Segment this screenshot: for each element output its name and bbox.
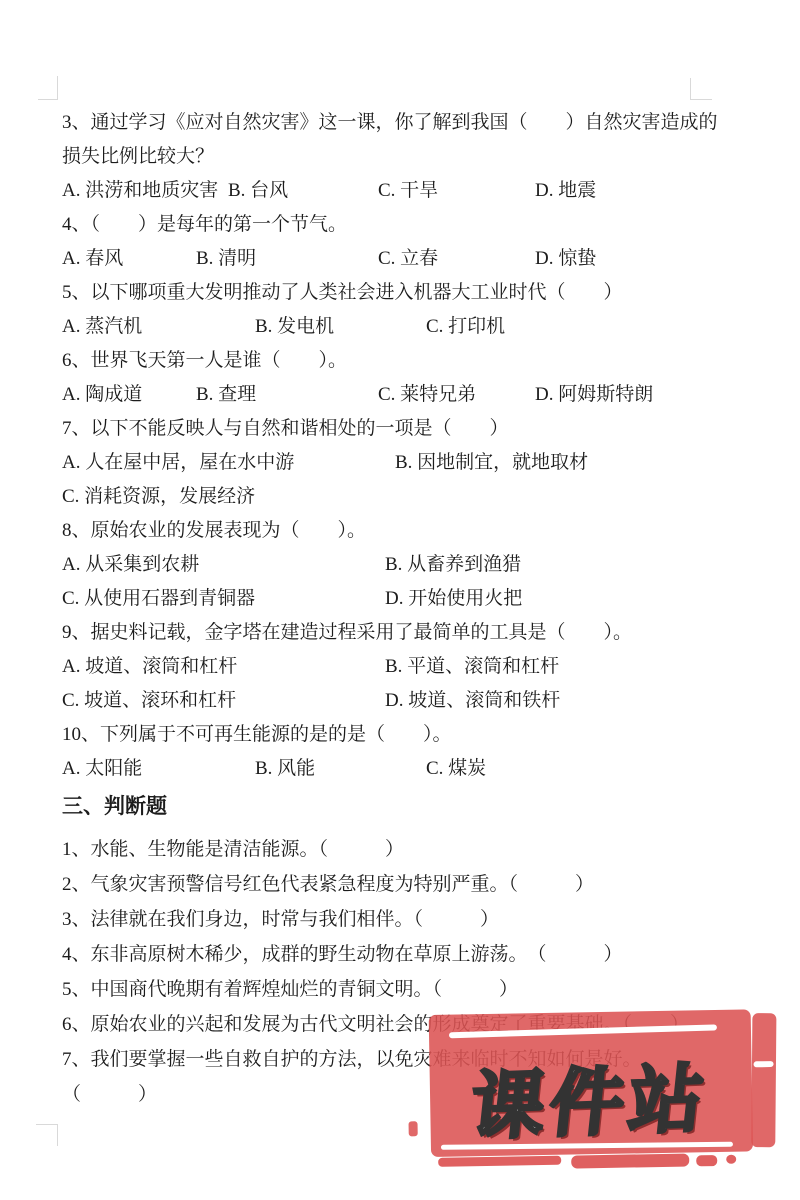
question-text: 6、世界飞天第一人是谁（ ）。	[62, 344, 347, 378]
option-c: C. 从使用石器到青铜器	[62, 582, 255, 616]
option-c: C. 立春	[378, 242, 438, 276]
option-c: C. 干旱	[378, 174, 438, 208]
question-9-options-row1: A. 坡道、滚筒和杠杆 B. 平道、滚筒和杠杆	[62, 650, 738, 684]
crop-mark-top-left-h	[38, 99, 58, 100]
crop-mark-top-right-h	[690, 99, 712, 100]
option-c: C. 坡道、滚环和杠杆	[62, 684, 236, 718]
question-3-line2: 损失比例比较大？	[62, 140, 738, 174]
stamp-bottom-dash	[438, 1156, 561, 1167]
judgment-4: 4、东非高原树木稀少，成群的野生动物在草原上游荡。 （ ）	[62, 937, 738, 972]
question-text: 8、原始农业的发展表现为（ ）。	[62, 514, 366, 548]
question-text: 9、据史料记载，金字塔在建造过程采用了最简单的工具是（ ）。	[62, 616, 632, 650]
option-a: A. 人在屋中居，屋在水中游	[62, 446, 294, 480]
option-d: D. 惊蛰	[535, 242, 596, 276]
question-text: 10、下列属于不可再生能源的是的是（ ）。	[62, 718, 452, 752]
stamp-left-fragment	[409, 1121, 418, 1136]
judgment-3: 3、法律就在我们身边，时常与我们相伴。（ ）	[62, 902, 738, 937]
option-b: B. 因地制宜，就地取材	[395, 446, 588, 480]
option-d: D. 坡道、滚筒和铁杆	[385, 684, 560, 718]
question-3-line1: 3、通过学习《应对自然灾害》这一课，你了解到我国（ ）自然灾害造成的	[62, 106, 738, 140]
crop-mark-bottom-left-h	[36, 1124, 58, 1125]
question-3-options: A. 洪涝和地质灾害 B. 台风 C. 干旱 D. 地震	[62, 174, 738, 208]
stamp-text: 课件站	[417, 1038, 763, 1156]
question-text: 5、以下哪项重大发明推动了人类社会进入机器大工业时代（ ）	[62, 276, 623, 310]
option-c: C. 消耗资源，发展经济	[62, 480, 255, 514]
exam-content: 3、通过学习《应对自然灾害》这一课，你了解到我国（ ）自然灾害造成的 损失比例比…	[62, 106, 738, 1112]
option-b: B. 清明	[196, 242, 256, 276]
option-a: A. 太阳能	[62, 752, 142, 786]
question-7-line: 7、以下不能反映人与自然和谐相处的一项是（ ）	[62, 412, 738, 446]
question-4-line: 4、（ ）是每年的第一个节气。	[62, 208, 738, 242]
question-5-line: 5、以下哪项重大发明推动了人类社会进入机器大工业时代（ ）	[62, 276, 738, 310]
option-c: C. 煤炭	[426, 752, 486, 786]
question-4-options: A. 春风 B. 清明 C. 立春 D. 惊蛰	[62, 242, 738, 276]
question-9-line: 9、据史料记载，金字塔在建造过程采用了最简单的工具是（ ）。	[62, 616, 738, 650]
crop-mark-top-right-v	[690, 78, 691, 100]
option-d: D. 开始使用火把	[385, 582, 522, 616]
option-b: B. 发电机	[255, 310, 334, 344]
option-b: B. 从畜养到渔猎	[385, 548, 521, 582]
crop-mark-bottom-left-v	[57, 1124, 58, 1146]
question-text: 3、通过学习《应对自然灾害》这一课，你了解到我国（ ）自然灾害造成的	[62, 106, 718, 140]
question-text: 4、（ ）是每年的第一个节气。	[62, 208, 347, 242]
option-a: A. 蒸汽机	[62, 310, 142, 344]
question-8-options-row1: A. 从采集到农耕 B. 从畜养到渔猎	[62, 548, 738, 582]
section-header-judgment: 三、判断题	[62, 786, 738, 826]
question-7-options-row2: C. 消耗资源，发展经济	[62, 480, 738, 514]
option-d: D. 阿姆斯特朗	[535, 378, 653, 412]
judgment-1: 1、水能、生物能是清洁能源。（ ）	[62, 832, 738, 867]
option-b: B. 台风	[228, 174, 288, 208]
option-d: D. 地震	[535, 174, 596, 208]
option-b: B. 风能	[255, 752, 315, 786]
question-7-options-row1: A. 人在屋中居，屋在水中游 B. 因地制宜，就地取材	[62, 446, 738, 480]
question-8-line: 8、原始农业的发展表现为（ ）。	[62, 514, 738, 548]
option-a: A. 陶成道	[62, 378, 142, 412]
question-10-line: 10、下列属于不可再生能源的是的是（ ）。	[62, 718, 738, 752]
crop-mark-top-left-v	[57, 76, 58, 100]
judgment-2: 2、气象灾害预警信号红色代表紧急程度为特别严重。（ ）	[62, 867, 738, 902]
question-8-options-row2: C. 从使用石器到青铜器 D. 开始使用火把	[62, 582, 738, 616]
question-text: 损失比例比较大？	[62, 140, 214, 174]
option-b: B. 查理	[196, 378, 256, 412]
stamp-bottom-dash	[571, 1153, 689, 1168]
option-b: B. 平道、滚筒和杠杆	[385, 650, 559, 684]
question-6-options: A. 陶成道 B. 查理 C. 莱特兄弟 D. 阿姆斯特朗	[62, 378, 738, 412]
stamp-bottom-dot	[726, 1155, 736, 1164]
option-a: A. 春风	[62, 242, 123, 276]
stamp-bottom-dash	[696, 1155, 717, 1166]
question-9-options-row2: C. 坡道、滚环和杠杆 D. 坡道、滚筒和铁杆	[62, 684, 738, 718]
question-text: 7、以下不能反映人与自然和谐相处的一项是（ ）	[62, 412, 509, 446]
question-5-options: A. 蒸汽机 B. 发电机 C. 打印机	[62, 310, 738, 344]
document-page: 3、通过学习《应对自然灾害》这一课，你了解到我国（ ）自然灾害造成的 损失比例比…	[0, 0, 800, 1200]
option-c: C. 打印机	[426, 310, 505, 344]
question-6-line: 6、世界飞天第一人是谁（ ）。	[62, 344, 738, 378]
question-10-options: A. 太阳能 B. 风能 C. 煤炭	[62, 752, 738, 786]
option-a: A. 坡道、滚筒和杠杆	[62, 650, 237, 684]
stamp-watermark: 课件站	[403, 999, 800, 1184]
option-a: A. 洪涝和地质灾害	[62, 174, 218, 208]
option-a: A. 从采集到农耕	[62, 548, 199, 582]
option-c: C. 莱特兄弟	[378, 378, 476, 412]
